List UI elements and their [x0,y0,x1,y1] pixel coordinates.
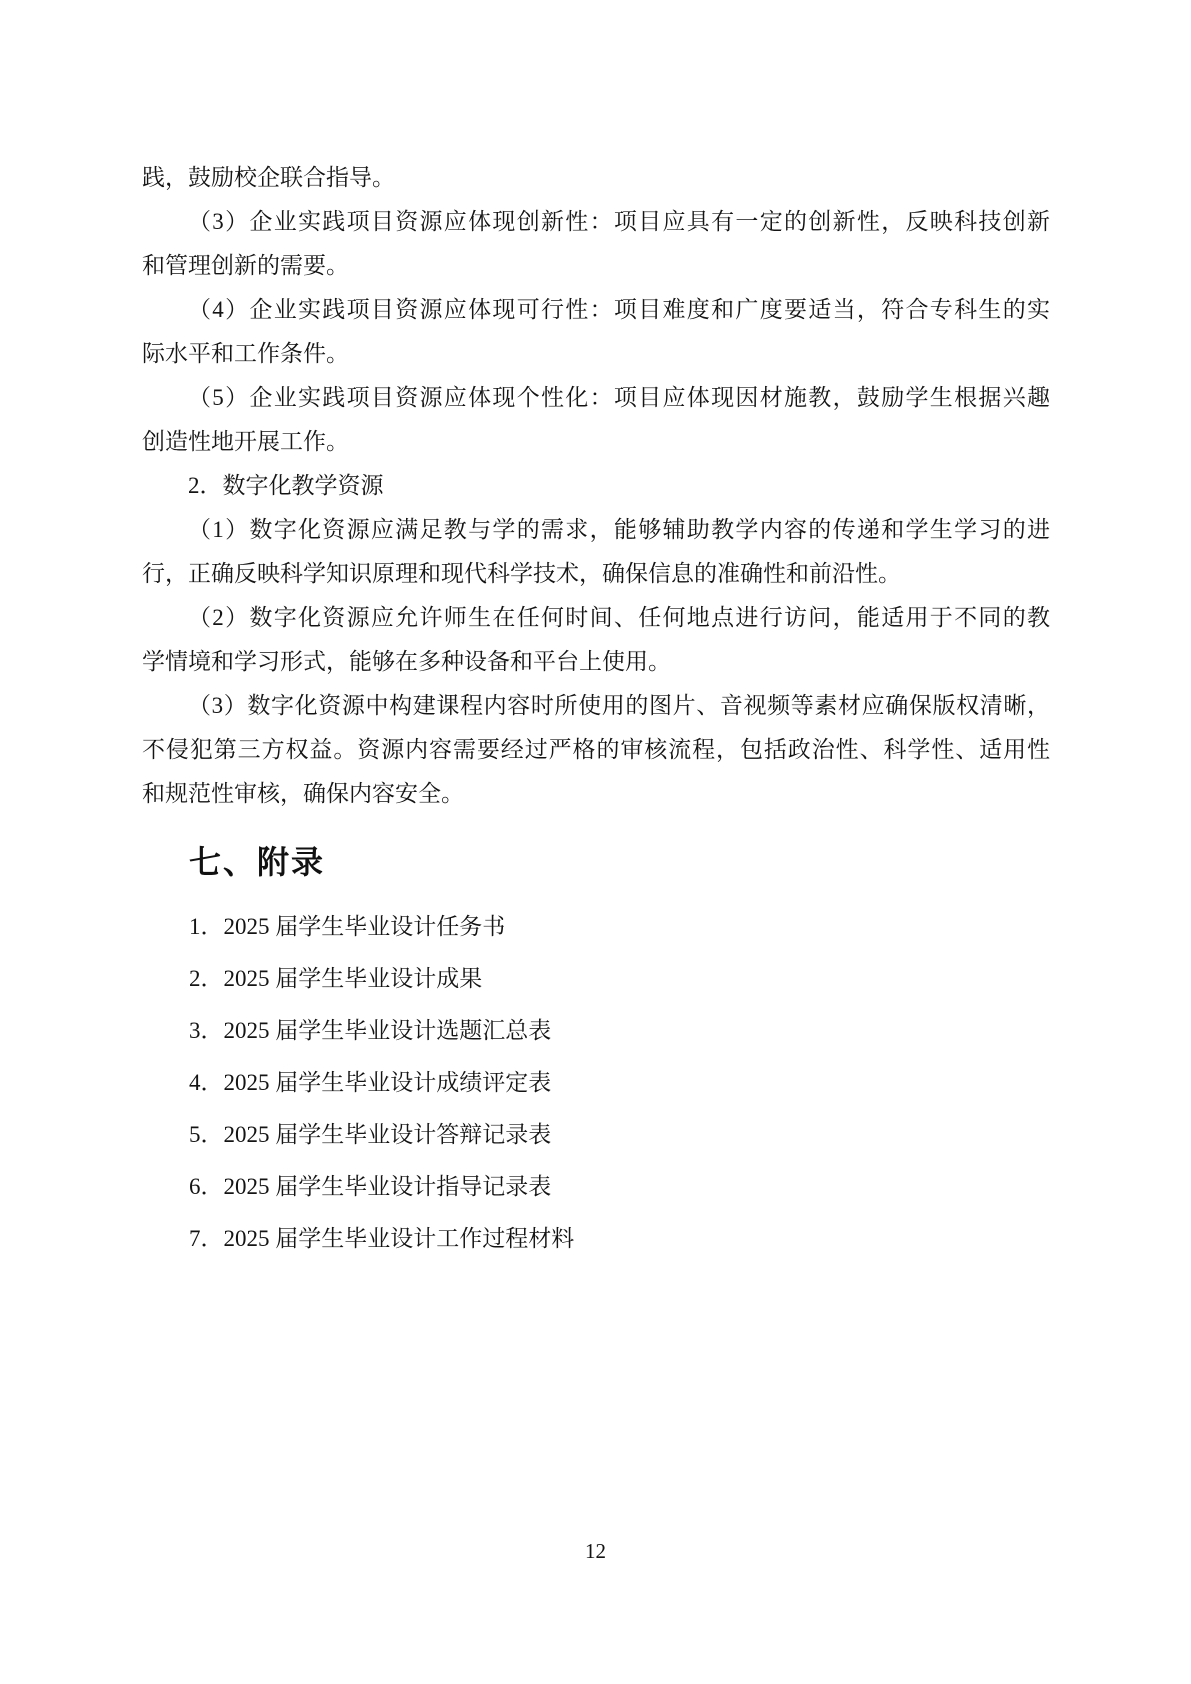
text-line: （3）数字化资源中构建课程内容时所使用的图片、音视频等素材应确保版权清晰， [142,684,1050,728]
text-line: 和管理创新的需要。 [142,244,1050,288]
text-line: （1）数字化资源应满足教与学的需求，能够辅助教学内容的传递和学生学习的进 [142,508,1050,552]
appendix-item: 1．2025 届学生毕业设计任务书 [189,901,1049,953]
document-page: 践，鼓励校企联合指导。 （3）企业实践项目资源应体现创新性：项目应具有一定的创新… [0,0,1191,1684]
paragraph: （1）数字化资源应满足教与学的需求，能够辅助教学内容的传递和学生学习的进 行，正… [142,508,1050,596]
text-line: 和规范性审核，确保内容安全。 [142,772,1050,816]
appendix-item: 2．2025 届学生毕业设计成果 [189,953,1049,1005]
appendix-item: 4．2025 届学生毕业设计成绩评定表 [189,1057,1049,1109]
body-text: 践，鼓励校企联合指导。 （3）企业实践项目资源应体现创新性：项目应具有一定的创新… [142,156,1050,816]
appendix-item: 6．2025 届学生毕业设计指导记录表 [189,1161,1049,1213]
appendix-item: 7．2025 届学生毕业设计工作过程材料 [189,1213,1049,1265]
appendix-item: 3．2025 届学生毕业设计选题汇总表 [189,1005,1049,1057]
appendix-heading: 七、附录 [189,838,325,886]
text-line: 不侵犯第三方权益。资源内容需要经过严格的审核流程，包括政治性、科学性、适用性 [142,728,1050,772]
text-line: （5）企业实践项目资源应体现个性化：项目应体现因材施教，鼓励学生根据兴趣 [142,376,1050,420]
paragraph: 践，鼓励校企联合指导。 [142,156,1050,200]
paragraph: （3）企业实践项目资源应体现创新性：项目应具有一定的创新性，反映科技创新 和管理… [142,200,1050,288]
appendix-list: 1．2025 届学生毕业设计任务书 2．2025 届学生毕业设计成果 3．202… [189,901,1049,1265]
paragraph: （3）数字化资源中构建课程内容时所使用的图片、音视频等素材应确保版权清晰， 不侵… [142,684,1050,816]
appendix-item: 5．2025 届学生毕业设计答辩记录表 [189,1109,1049,1161]
text-line: 学情境和学习形式，能够在多种设备和平台上使用。 [142,640,1050,684]
text-line: 2．数字化教学资源 [142,464,1050,508]
page-number: 12 [0,1538,1191,1564]
text-line: 践，鼓励校企联合指导。 [142,156,1050,200]
paragraph: （2）数字化资源应允许师生在任何时间、任何地点进行访问，能适用于不同的教 学情境… [142,596,1050,684]
paragraph: （5）企业实践项目资源应体现个性化：项目应体现因材施教，鼓励学生根据兴趣 创造性… [142,376,1050,464]
text-line: （2）数字化资源应允许师生在任何时间、任何地点进行访问，能适用于不同的教 [142,596,1050,640]
paragraph: 2．数字化教学资源 [142,464,1050,508]
text-line: 际水平和工作条件。 [142,332,1050,376]
text-line: 行，正确反映科学知识原理和现代科学技术，确保信息的准确性和前沿性。 [142,552,1050,596]
text-line: （3）企业实践项目资源应体现创新性：项目应具有一定的创新性，反映科技创新 [142,200,1050,244]
paragraph: （4）企业实践项目资源应体现可行性：项目难度和广度要适当，符合专科生的实 际水平… [142,288,1050,376]
text-line: 创造性地开展工作。 [142,420,1050,464]
text-line: （4）企业实践项目资源应体现可行性：项目难度和广度要适当，符合专科生的实 [142,288,1050,332]
